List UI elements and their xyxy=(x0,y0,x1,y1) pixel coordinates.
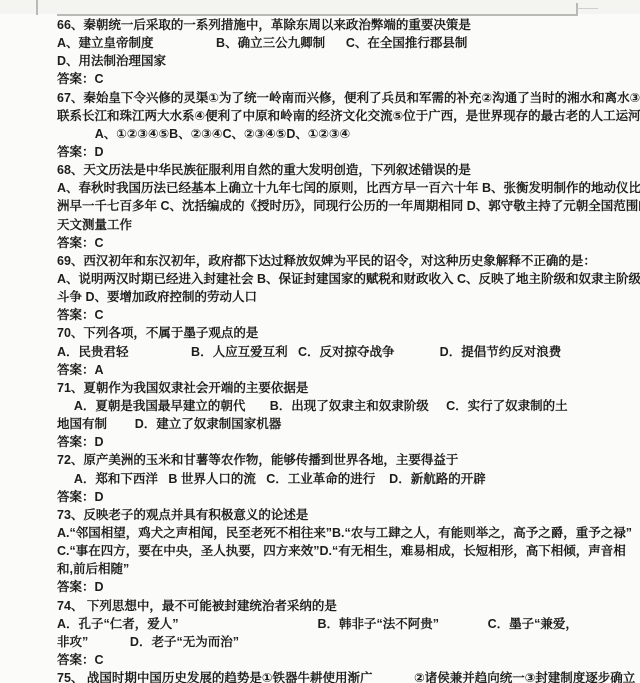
document-page: 66、秦朝统一后采取的一系列措施中，革除东周以来政治弊端的重要决策是A、建立皇帝… xyxy=(0,0,640,683)
question-block: 66、秦朝统一后采取的一系列措施中，革除东周以来政治弊端的重要决策是A、建立皇帝… xyxy=(57,16,640,89)
question-text-line: 洲早一千七百多年 C、沈括编成的《授时历》，同现行公历的一年周期相同 D、郭守敬… xyxy=(57,197,640,215)
question-text-line: 72、原产美洲的玉米和甘薯等农作物，能够传播到世界各地，主要得益于 xyxy=(57,451,640,469)
answer-line: 答案：A xyxy=(57,361,640,379)
question-text-line: 地国有制 D．建立了奴隶制国家机器 xyxy=(57,415,640,433)
question-block: 72、原产美洲的玉米和甘薯等农作物，能够传播到世界各地，主要得益于 A．郑和下西… xyxy=(57,451,640,505)
answer-line: 答案：C xyxy=(57,234,640,252)
question-block: 71、夏朝作为我国奴隶社会开端的主要依据是 A．夏朝是我国最早建立的朝代 B．出… xyxy=(57,379,640,452)
question-text-line: 71、夏朝作为我国奴隶社会开端的主要依据是 xyxy=(57,379,640,397)
question-text-line: 66、秦朝统一后采取的一系列措施中，革除东周以来政治弊端的重要决策是 xyxy=(57,16,640,34)
question-text-line: 联系长江和珠江两大水系④便利了中原和岭南的经济文化交流⑤位于广西，是世界现存的最… xyxy=(57,107,640,125)
exam-question-list: 66、秦朝统一后采取的一系列措施中，革除东周以来政治弊端的重要决策是A、建立皇帝… xyxy=(57,16,640,683)
question-text-line: A、春秋时我国历法已经基本上确立十九年七闰的原则，比西方早一百六十年 B、张衡发… xyxy=(57,179,640,197)
answer-line: 答案：D xyxy=(57,488,640,506)
question-block: 74、 下列思想中，最不可能被封建统治者采纳的是A．孔子“仁者，爱人” B．韩非… xyxy=(57,597,640,670)
question-text-line: A．民贵君轻 B．人应互爱互利 C．反对掠夺战争 D．提倡节约反对浪费 xyxy=(57,343,640,361)
answer-line: 答案：C xyxy=(57,70,640,88)
question-block: 69、西汉初年和东汉初年，政府都下达过释放奴婢为平民的诏令，对这种历史象解释不正… xyxy=(57,252,640,325)
question-text-line: 67、秦始皇下令兴修的灵渠①为了统一岭南而兴修，便利了兵员和军需的补充②沟通了当… xyxy=(57,89,640,107)
question-text-line: A．夏朝是我国最早建立的朝代 B．出现了奴隶主和奴隶阶级 C．实行了奴隶制的土 xyxy=(57,397,640,415)
question-block: 70、下列各项，不属于墨子观点的是A．民贵君轻 B．人应互爱互利 C．反对掠夺战… xyxy=(57,324,640,378)
question-block: 73、反映老子的观点并具有积极意义的论述是A.“邻国相望，鸡犬之声相闻，民至老死… xyxy=(57,506,640,597)
page-corner-mark-vertical xyxy=(576,3,578,15)
question-text-line: 68、天文历法是中华民族征服利用自然的重大发明创造，下列叙述错误的是 xyxy=(57,161,640,179)
question-text-line: 斗争 D、要增加政府控制的劳动人口 xyxy=(57,288,640,306)
question-text-line: A、①②③④⑤B、②③④C、②③④⑤D、①②③④ xyxy=(57,125,640,143)
answer-line: 答案：D xyxy=(57,433,640,451)
question-block: 75、 战国时期中国历史发展的趋势是①铁器牛耕使用渐广 ②诸侯兼并趋向统一③封建… xyxy=(57,669,640,683)
question-text-line: 75、 战国时期中国历史发展的趋势是①铁器牛耕使用渐广 ②诸侯兼并趋向统一③封建… xyxy=(57,669,640,683)
question-block: 67、秦始皇下令兴修的灵渠①为了统一岭南而兴修，便利了兵员和军需的补充②沟通了当… xyxy=(57,89,640,162)
question-text-line: 73、反映老子的观点并具有积极意义的论述是 xyxy=(57,506,640,524)
question-text-line: A.“邻国相望，鸡犬之声相闻，民至老死不相往来”B.“农与工肆之人，有能则举之，… xyxy=(57,524,640,542)
page-top-margin xyxy=(0,0,640,14)
question-text-line: 74、 下列思想中，最不可能被封建统治者采纳的是 xyxy=(57,597,640,615)
question-text-line: A．郑和下西洋 B 世界人口的流 C．工业革命的进行 D．新航路的开辟 xyxy=(57,470,640,488)
page-corner-mark-horizontal xyxy=(577,8,598,9)
page-left-edge-mark xyxy=(36,0,38,15)
question-block: 68、天文历法是中华民族征服利用自然的重大发明创造，下列叙述错误的是A、春秋时我… xyxy=(57,161,640,252)
question-text-line: A、建立皇帝制度 B、确立三公九卿制 C、在全国推行郡县制 xyxy=(57,34,640,52)
answer-line: 答案：D xyxy=(57,143,640,161)
question-text-line: A、说明两汉时期已经进入封建社会 B、保证封建国家的赋税和财政收入 C、反映了地… xyxy=(57,270,640,288)
question-text-line: A．孔子“仁者，爱人” B．韩非子“法不阿贵” C．墨子“兼爱， xyxy=(57,615,640,633)
question-text-line: D、用法制治理国家 xyxy=(57,52,640,70)
answer-line: 答案：D xyxy=(57,578,640,596)
question-text-line: 非攻” D．老子“无为而治” xyxy=(57,633,640,651)
question-text-line: 天文测量工作 xyxy=(57,216,640,234)
question-text-line: 69、西汉初年和东汉初年，政府都下达过释放奴婢为平民的诏令，对这种历史象解释不正… xyxy=(57,252,640,270)
answer-line: 答案：C xyxy=(57,651,640,669)
question-text-line: C.“事在四方，要在中央，圣人执要，四方来效”D.“有无相生，难易相成，长短相形… xyxy=(57,542,640,560)
answer-line: 答案：C xyxy=(57,306,640,324)
question-text-line: 和,前后相随” xyxy=(57,560,640,578)
question-text-line: 70、下列各项，不属于墨子观点的是 xyxy=(57,324,640,342)
